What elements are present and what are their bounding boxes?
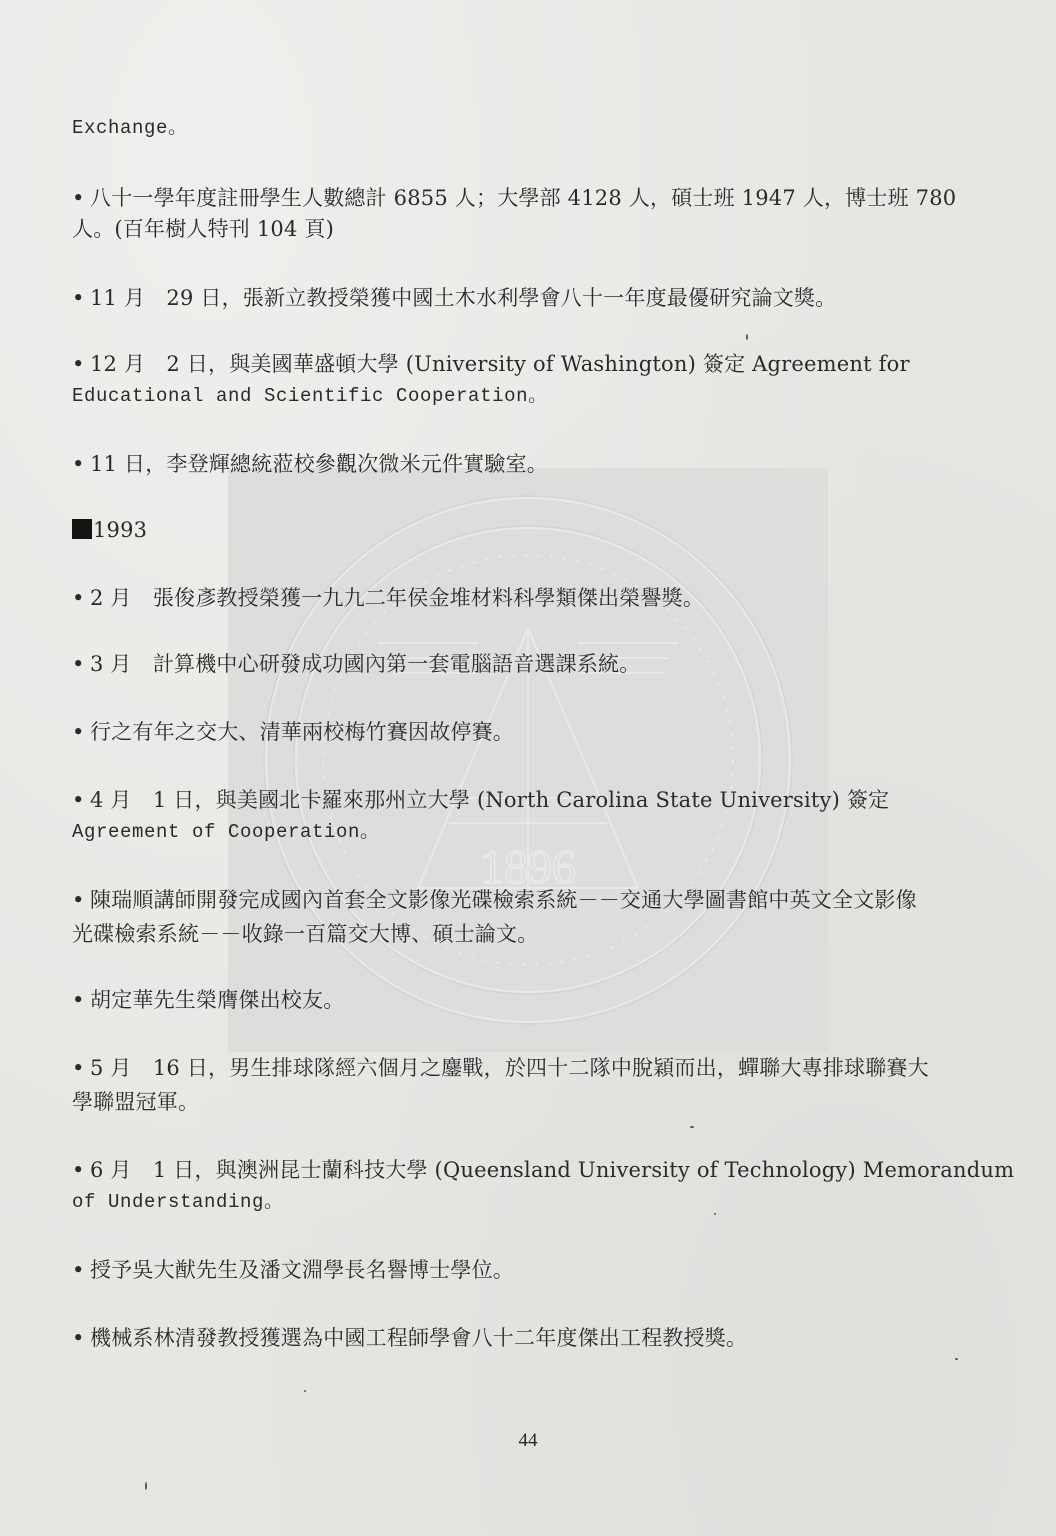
entry-text: 2 月 張俊彥教授榮獲一九九二年侯金堆材料科學類傑出榮譽獎。 bbox=[90, 586, 704, 610]
entry-text: 5 月 16 日，男生排球隊經六個月之鏖戰，於四十二隊中脫穎而出，蟬聯大專排球聯… bbox=[90, 1056, 929, 1080]
list-item: •4 月 1 日，與美國北卡羅來那州立大學 (North Carolina St… bbox=[72, 784, 889, 816]
list-item: •陳瑞順講師開發完成國內首套全文影像光碟檢索系統－－交通大學圖書館中英文全文影像 bbox=[72, 884, 917, 916]
document-page: Exchange。 •八十一學年度註冊學生人數總計 6855 人；大學部 412… bbox=[0, 0, 1056, 1536]
list-item: •3 月 計算機中心研發成功國內第一套電腦語音選課系統。 bbox=[72, 648, 640, 680]
scan-speck bbox=[304, 1390, 306, 1392]
bullet-icon: • bbox=[72, 582, 90, 614]
entry-text: 八十一學年度註冊學生人數總計 6855 人；大學部 4128 人，碩士班 194… bbox=[90, 186, 956, 210]
list-item: •2 月 張俊彥教授榮獲一九九二年侯金堆材料科學類傑出榮譽獎。 bbox=[72, 582, 704, 614]
bullet-icon: • bbox=[72, 1154, 90, 1186]
entry-text: 6 月 1 日，與澳洲昆士蘭科技大學 (Queensland Universit… bbox=[90, 1158, 1014, 1182]
scan-speck bbox=[746, 334, 748, 340]
square-marker-icon bbox=[72, 519, 92, 539]
list-item-continuation: Agreement of Cooperation。 bbox=[72, 816, 380, 848]
entry-text: 機械系林清發教授獲選為中國工程師學會八十二年度傑出工程教授獎。 bbox=[90, 1326, 747, 1350]
scan-speck bbox=[690, 1126, 694, 1128]
list-item: •行之有年之交大、清華兩校梅竹賽因故停賽。 bbox=[72, 716, 514, 748]
bullet-icon: • bbox=[72, 784, 90, 816]
list-item: •授予吳大猷先生及潘文淵學長名譽博士學位。 bbox=[72, 1254, 514, 1286]
bullet-icon: • bbox=[72, 182, 90, 214]
list-item: •11 日，李登輝總統蒞校參觀次微米元件實驗室。 bbox=[72, 448, 548, 480]
entry-text: 胡定華先生榮膺傑出校友。 bbox=[90, 988, 344, 1012]
list-item: •八十一學年度註冊學生人數總計 6855 人；大學部 4128 人，碩士班 19… bbox=[72, 182, 956, 214]
scan-speck bbox=[145, 1482, 147, 1490]
bullet-icon: • bbox=[72, 282, 90, 314]
bullet-icon: • bbox=[72, 984, 90, 1016]
continuation-text: Exchange。 bbox=[72, 112, 188, 144]
list-item: •12 月 2 日，與美國華盛頓大學 (University of Washin… bbox=[72, 348, 910, 380]
year-heading: 1993 bbox=[72, 514, 147, 546]
bullet-icon: • bbox=[72, 348, 90, 380]
list-item-continuation: 學聯盟冠軍。 bbox=[72, 1086, 199, 1118]
list-item-continuation: of Understanding。 bbox=[72, 1186, 284, 1218]
year-label: 1993 bbox=[93, 518, 147, 542]
bullet-icon: • bbox=[72, 1052, 90, 1084]
list-item: •5 月 16 日，男生排球隊經六個月之鏖戰，於四十二隊中脫穎而出，蟬聯大專排球… bbox=[72, 1052, 929, 1084]
list-item: •6 月 1 日，與澳洲昆士蘭科技大學 (Queensland Universi… bbox=[72, 1154, 1014, 1186]
entry-text: 4 月 1 日，與美國北卡羅來那州立大學 (North Carolina Sta… bbox=[90, 788, 889, 812]
page-number: 44 bbox=[0, 1430, 1056, 1452]
entry-text: 11 月 29 日，張新立教授榮獲中國土木水利學會八十一年度最優研究論文獎。 bbox=[90, 286, 836, 310]
list-item-continuation: Educational and Scientific Cooperation。 bbox=[72, 380, 548, 412]
entry-text: 行之有年之交大、清華兩校梅竹賽因故停賽。 bbox=[90, 720, 514, 744]
entry-text: 陳瑞順講師開發完成國內首套全文影像光碟檢索系統－－交通大學圖書館中英文全文影像 bbox=[90, 888, 917, 912]
bullet-icon: • bbox=[72, 1254, 90, 1286]
bullet-icon: • bbox=[72, 648, 90, 680]
entry-text: 12 月 2 日，與美國華盛頓大學 (University of Washing… bbox=[90, 352, 910, 376]
entry-text: 11 日，李登輝總統蒞校參觀次微米元件實驗室。 bbox=[90, 452, 548, 476]
scan-speck bbox=[955, 1358, 958, 1360]
list-item: •胡定華先生榮膺傑出校友。 bbox=[72, 984, 344, 1016]
list-item: •11 月 29 日，張新立教授榮獲中國土木水利學會八十一年度最優研究論文獎。 bbox=[72, 282, 836, 314]
entry-text: 授予吳大猷先生及潘文淵學長名譽博士學位。 bbox=[90, 1258, 514, 1282]
scan-speck bbox=[714, 1213, 716, 1215]
bullet-icon: • bbox=[72, 1322, 90, 1354]
list-item-continuation: 光碟檢索系統－－收錄一百篇交大博、碩士論文。 bbox=[72, 918, 538, 950]
bullet-icon: • bbox=[72, 884, 90, 916]
entry-text: 3 月 計算機中心研發成功國內第一套電腦語音選課系統。 bbox=[90, 652, 640, 676]
list-item-continuation: 人。(百年樹人特刊 104 頁) bbox=[72, 213, 334, 245]
bullet-icon: • bbox=[72, 716, 90, 748]
bullet-icon: • bbox=[72, 448, 90, 480]
list-item: •機械系林清發教授獲選為中國工程師學會八十二年度傑出工程教授獎。 bbox=[72, 1322, 747, 1354]
